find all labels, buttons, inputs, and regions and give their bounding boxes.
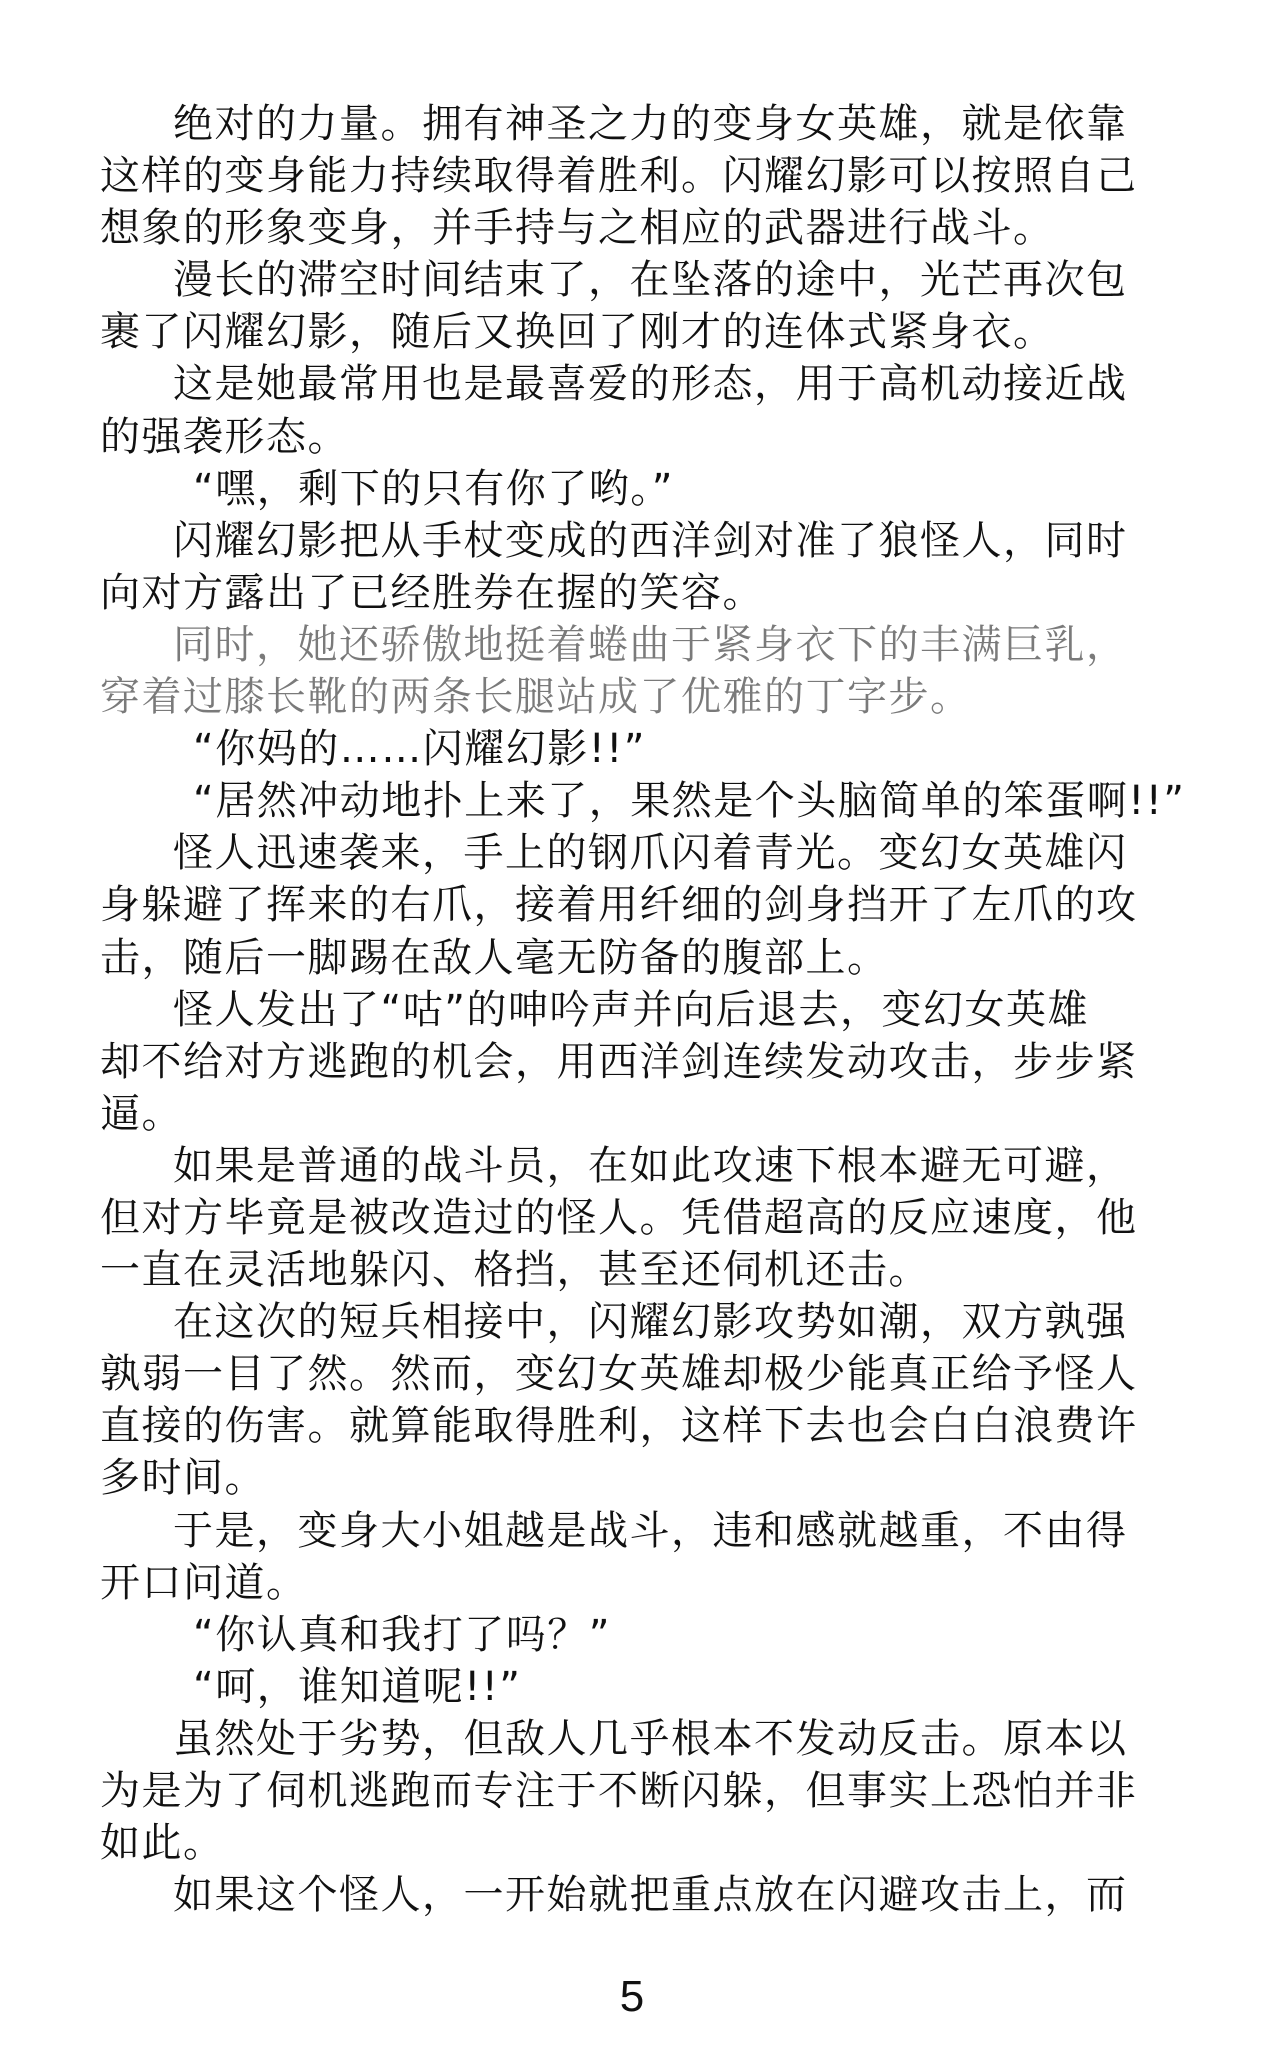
text-paragraph: 如果这个怪人，一开始就把重点放在闪避攻击上，而 (100, 1869, 1180, 1921)
text-line: 击，随后一脚踢在敌人毫无防备的腹部上。 (100, 932, 1180, 984)
text-paragraph: 如果是普通的战斗员，在如此攻速下根本避无可避，但对方毕竟是被改造过的怪人。凭借超… (100, 1140, 1180, 1296)
text-line: 孰弱一目了然。然而，变幻女英雄却极少能真正给予怪人 (100, 1348, 1180, 1400)
text-line: 如果这个怪人，一开始就把重点放在闪避攻击上，而 (100, 1869, 1180, 1921)
text-line: “你认真和我打了吗？” (100, 1609, 1180, 1661)
dialogue-paragraph: “居然冲动地扑上来了，果然是个头脑简单的笨蛋啊!!” (100, 775, 1180, 827)
text-line: “你妈的……闪耀幻影!!” (100, 723, 1180, 775)
text-line: “嘿，剩下的只有你了哟。” (100, 463, 1180, 515)
page-number: 5 (0, 1972, 1264, 2022)
text-line: 却不给对方逃跑的机会，用西洋剑连续发动攻击，步步紧 (100, 1036, 1180, 1088)
text-line: 在这次的短兵相接中，闪耀幻影攻势如潮，双方孰强 (100, 1296, 1180, 1348)
body-text: 绝对的力量。拥有神圣之力的变身女英雄，就是依靠这样的变身能力持续取得着胜利。闪耀… (100, 98, 1180, 1921)
text-line: 这是她最常用也是最喜爱的形态，用于高机动接近战 (100, 358, 1180, 410)
text-line: 穿着过膝长靴的两条长腿站成了优雅的丁字步。 (100, 671, 1180, 723)
text-line: 多时间。 (100, 1452, 1180, 1504)
text-line: 绝对的力量。拥有神圣之力的变身女英雄，就是依靠 (100, 98, 1180, 150)
text-paragraph: 绝对的力量。拥有神圣之力的变身女英雄，就是依靠这样的变身能力持续取得着胜利。闪耀… (100, 98, 1180, 254)
text-line: 但对方毕竟是被改造过的怪人。凭借超高的反应速度，他 (100, 1192, 1180, 1244)
text-line: 开口问道。 (100, 1557, 1180, 1609)
text-line: 这样的变身能力持续取得着胜利。闪耀幻影可以按照自己 (100, 150, 1180, 202)
text-line: 怪人迅速袭来，手上的钢爪闪着青光。变幻女英雄闪 (100, 827, 1180, 879)
text-line: 直接的伤害。就算能取得胜利，这样下去也会白白浪费许 (100, 1400, 1180, 1452)
text-line: 身躲避了挥来的右爪，接着用纤细的剑身挡开了左爪的攻 (100, 879, 1180, 931)
text-line: 的强袭形态。 (100, 411, 1180, 463)
text-paragraph: 怪人发出了“咕”的呻吟声并向后退去，变幻女英雄却不给对方逃跑的机会，用西洋剑连续… (100, 984, 1180, 1140)
text-line: “居然冲动地扑上来了，果然是个头脑简单的笨蛋啊!!” (100, 775, 1180, 827)
dialogue-paragraph: “你妈的……闪耀幻影!!” (100, 723, 1180, 775)
text-line: 向对方露出了已经胜券在握的笑容。 (100, 567, 1180, 619)
text-line: 为是为了伺机逃跑而专注于不断闪躲，但事实上恐怕并非 (100, 1765, 1180, 1817)
text-line: 同时，她还骄傲地挺着蜷曲于紧身衣下的丰满巨乳， (100, 619, 1180, 671)
text-line: 如果是普通的战斗员，在如此攻速下根本避无可避， (100, 1140, 1180, 1192)
text-paragraph: 同时，她还骄傲地挺着蜷曲于紧身衣下的丰满巨乳，穿着过膝长靴的两条长腿站成了优雅的… (100, 619, 1180, 723)
text-line: 漫长的滞空时间结束了，在坠落的途中，光芒再次包 (100, 254, 1180, 306)
text-line: 裹了闪耀幻影，随后又换回了刚才的连体式紧身衣。 (100, 306, 1180, 358)
text-paragraph: 在这次的短兵相接中，闪耀幻影攻势如潮，双方孰强孰弱一目了然。然而，变幻女英雄却极… (100, 1296, 1180, 1504)
text-line: 虽然处于劣势，但敌人几乎根本不发动反击。原本以 (100, 1713, 1180, 1765)
text-paragraph: 漫长的滞空时间结束了，在坠落的途中，光芒再次包裹了闪耀幻影，随后又换回了刚才的连… (100, 254, 1180, 358)
text-line: 逼。 (100, 1088, 1180, 1140)
dialogue-paragraph: “嘿，剩下的只有你了哟。” (100, 463, 1180, 515)
text-line: 怪人发出了“咕”的呻吟声并向后退去，变幻女英雄 (100, 984, 1180, 1036)
text-paragraph: 闪耀幻影把从手杖变成的西洋剑对准了狼怪人，同时向对方露出了已经胜券在握的笑容。 (100, 515, 1180, 619)
document-page: 绝对的力量。拥有神圣之力的变身女英雄，就是依靠这样的变身能力持续取得着胜利。闪耀… (100, 98, 1180, 1921)
text-line: 于是，变身大小姐越是战斗，违和感就越重，不由得 (100, 1505, 1180, 1557)
text-paragraph: 这是她最常用也是最喜爱的形态，用于高机动接近战的强袭形态。 (100, 358, 1180, 462)
text-paragraph: 虽然处于劣势，但敌人几乎根本不发动反击。原本以为是为了伺机逃跑而专注于不断闪躲，… (100, 1713, 1180, 1869)
text-paragraph: 于是，变身大小姐越是战斗，违和感就越重，不由得开口问道。 (100, 1505, 1180, 1609)
text-paragraph: 怪人迅速袭来，手上的钢爪闪着青光。变幻女英雄闪身躲避了挥来的右爪，接着用纤细的剑… (100, 827, 1180, 983)
dialogue-paragraph: “你认真和我打了吗？” (100, 1609, 1180, 1661)
text-line: 想象的形象变身，并手持与之相应的武器进行战斗。 (100, 202, 1180, 254)
text-line: 一直在灵活地躲闪、格挡，甚至还伺机还击。 (100, 1244, 1180, 1296)
dialogue-paragraph: “呵，谁知道呢!!” (100, 1661, 1180, 1713)
text-line: 闪耀幻影把从手杖变成的西洋剑对准了狼怪人，同时 (100, 515, 1180, 567)
text-line: “呵，谁知道呢!!” (100, 1661, 1180, 1713)
text-line: 如此。 (100, 1817, 1180, 1869)
